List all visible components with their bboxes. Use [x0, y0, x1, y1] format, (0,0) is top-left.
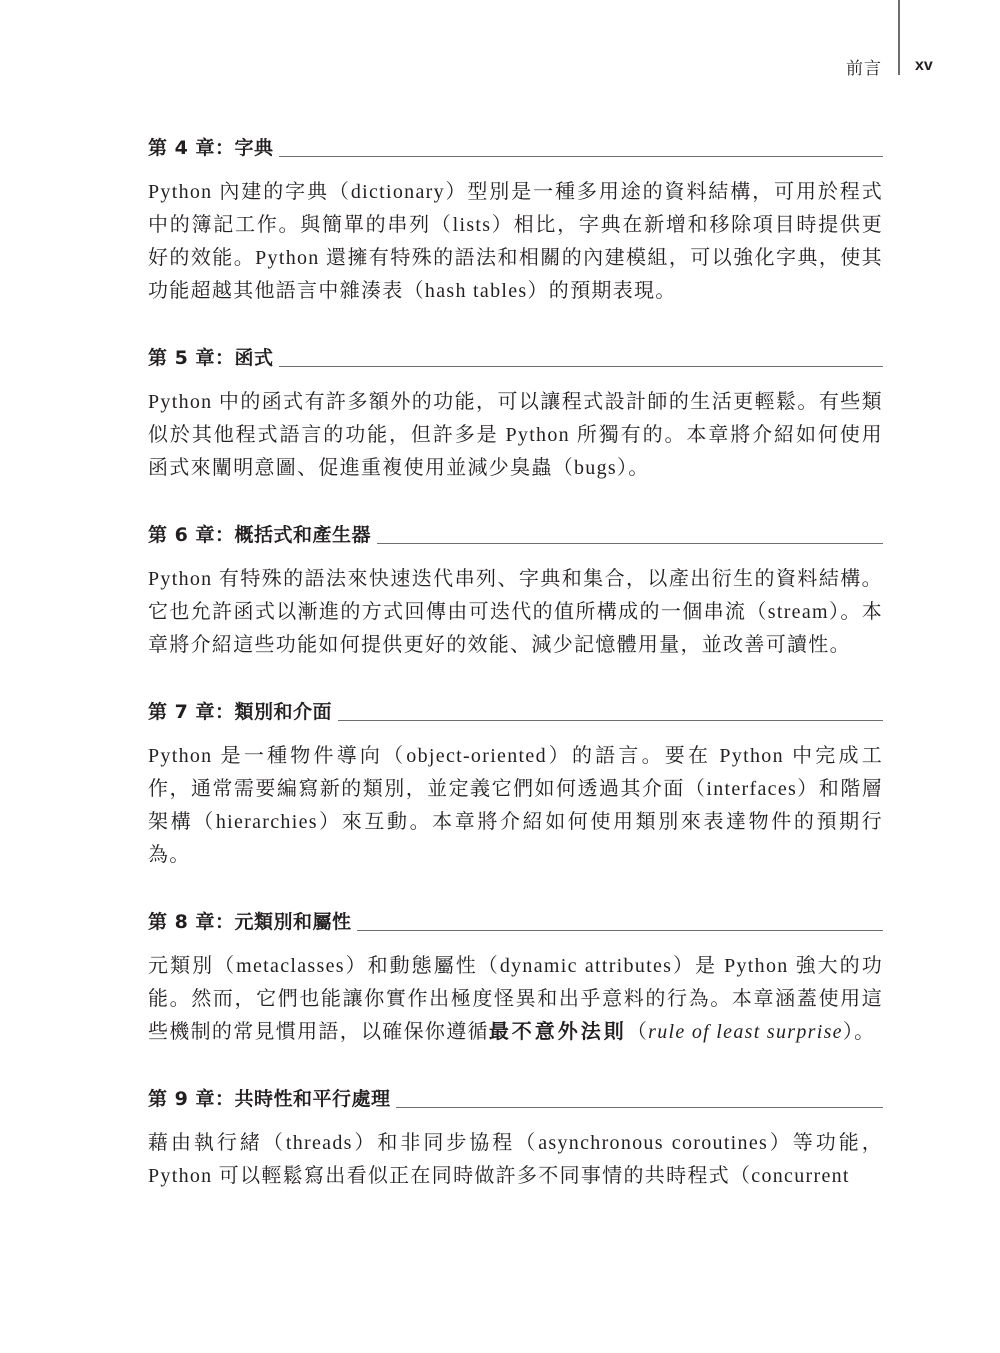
chapter-title: 第 9 章：共時性和平行處理: [148, 1085, 390, 1113]
chapter-5: 第 5 章：函式 Python 中的函式有許多額外的功能，可以讓程式設計師的生活…: [148, 340, 883, 485]
chapter-description: Python 內建的字典（dictionary）型別是一種多用途的資料結構，可用…: [148, 176, 883, 308]
chapter-heading: 第 6 章：概括式和產生器: [148, 517, 883, 549]
chapter-9: 第 9 章：共時性和平行處理 藉由執行緒（threads）和非同步協程（asyn…: [148, 1081, 883, 1193]
chapter-heading: 第 8 章：元類別和屬性: [148, 904, 883, 936]
heading-rule: [279, 156, 883, 157]
heading-rule: [377, 543, 883, 544]
chapter-description: 藉由執行緒（threads）和非同步協程（asynchronous corout…: [148, 1127, 883, 1193]
heading-rule: [357, 930, 883, 931]
page-content: 第 4 章：字典 Python 內建的字典（dictionary）型別是一種多用…: [148, 130, 883, 1225]
chapter-heading: 第 4 章：字典: [148, 130, 883, 162]
italic-term: rule of least surprise: [648, 1021, 843, 1043]
page-header: 前言 xv: [0, 0, 1000, 80]
chapter-description: Python 是一種物件導向（object-oriented）的語言。要在 Py…: [148, 740, 883, 872]
chapter-heading: 第 9 章：共時性和平行處理: [148, 1081, 883, 1113]
chapter-8: 第 8 章：元類別和屬性 元類別（metaclasses）和動態屬性（dynam…: [148, 904, 883, 1049]
emphasized-term: 最不意外法則: [489, 1021, 627, 1043]
chapter-7: 第 7 章：類別和介面 Python 是一種物件導向（object-orient…: [148, 694, 883, 872]
chapter-heading: 第 5 章：函式: [148, 340, 883, 372]
chapter-4: 第 4 章：字典 Python 內建的字典（dictionary）型別是一種多用…: [148, 130, 883, 308]
chapter-description: Python 有特殊的語法來快速迭代串列、字典和集合，以產出衍生的資料結構。它也…: [148, 563, 883, 662]
paren-open: （: [627, 1021, 648, 1043]
chapter-description: Python 中的函式有許多額外的功能，可以讓程式設計師的生活更輕鬆。有些類似於…: [148, 386, 883, 485]
heading-rule: [396, 1107, 883, 1108]
chapter-description: 元類別（metaclasses）和動態屬性（dynamic attributes…: [148, 950, 883, 1049]
chapter-title: 第 7 章：類別和介面: [148, 698, 332, 726]
heading-rule: [338, 720, 883, 721]
chapter-title: 第 6 章：概括式和產生器: [148, 521, 371, 549]
header-divider: [898, 0, 900, 75]
running-header-section: 前言: [846, 54, 882, 79]
description-text-end: ）。: [843, 1021, 876, 1043]
chapter-title: 第 5 章：函式: [148, 344, 273, 372]
chapter-title: 第 8 章：元類別和屬性: [148, 908, 351, 936]
chapter-title: 第 4 章：字典: [148, 134, 273, 162]
chapter-6: 第 6 章：概括式和產生器 Python 有特殊的語法來快速迭代串列、字典和集合…: [148, 517, 883, 662]
page-number: xv: [915, 57, 933, 75]
chapter-heading: 第 7 章：類別和介面: [148, 694, 883, 726]
heading-rule: [279, 366, 883, 367]
